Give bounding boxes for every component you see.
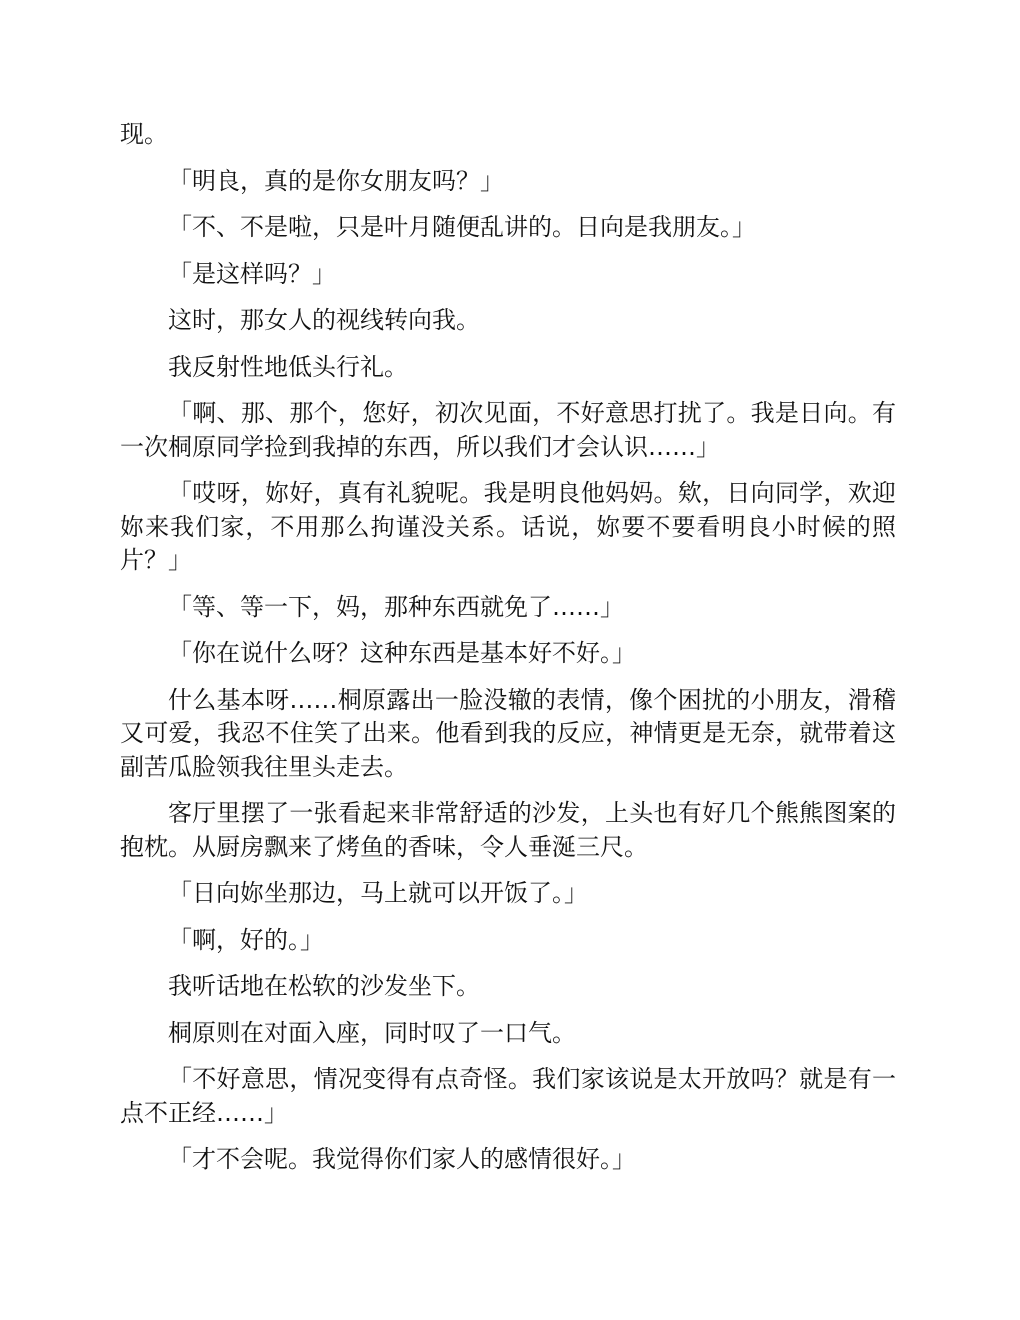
narration-paragraph: 这时，那女人的视线转向我。 [120,304,896,338]
dialogue-paragraph: 「才不会呢。我觉得你们家人的感情很好。」 [120,1143,896,1177]
narration-paragraph: 桐原则在对面入座，同时叹了一口气。 [120,1017,896,1051]
dialogue-paragraph: 「明良，真的是你女朋友吗？」 [120,165,896,199]
dialogue-paragraph: 「不好意思，情况变得有点奇怪。我们家该说是太开放吗？就是有一点不正经……」 [120,1063,896,1130]
paragraph: 现。 [120,118,896,152]
dialogue-paragraph: 「等、等一下，妈，那种东西就免了……」 [120,591,896,625]
narration-paragraph: 客厅里摆了一张看起来非常舒适的沙发，上头也有好几个熊熊图案的抱枕。从厨房飘来了烤… [120,797,896,864]
narration-paragraph: 我听话地在松软的沙发坐下。 [120,970,896,1004]
narration-paragraph: 我反射性地低头行礼。 [120,351,896,385]
dialogue-paragraph: 「不、不是啦，只是叶月随便乱讲的。日向是我朋友。」 [120,211,896,245]
dialogue-paragraph: 「是这样吗？」 [120,258,896,292]
document-page: 现。 「明良，真的是你女朋友吗？」 「不、不是啦，只是叶月随便乱讲的。日向是我朋… [120,118,896,1190]
dialogue-paragraph: 「啊，好的。」 [120,924,896,958]
narration-paragraph: 什么基本呀……桐原露出一脸没辙的表情，像个困扰的小朋友，滑稽又可爱，我忍不住笑了… [120,684,896,785]
dialogue-paragraph: 「你在说什么呀？这种东西是基本好不好。」 [120,637,896,671]
dialogue-paragraph: 「哎呀，妳好，真有礼貌呢。我是明良他妈妈。欸，日向同学，欢迎妳来我们家，不用那么… [120,477,896,578]
dialogue-paragraph: 「日向妳坐那边，马上就可以开饭了。」 [120,877,896,911]
dialogue-paragraph: 「啊、那、那个，您好，初次见面，不好意思打扰了。我是日向。有一次桐原同学捡到我掉… [120,397,896,464]
